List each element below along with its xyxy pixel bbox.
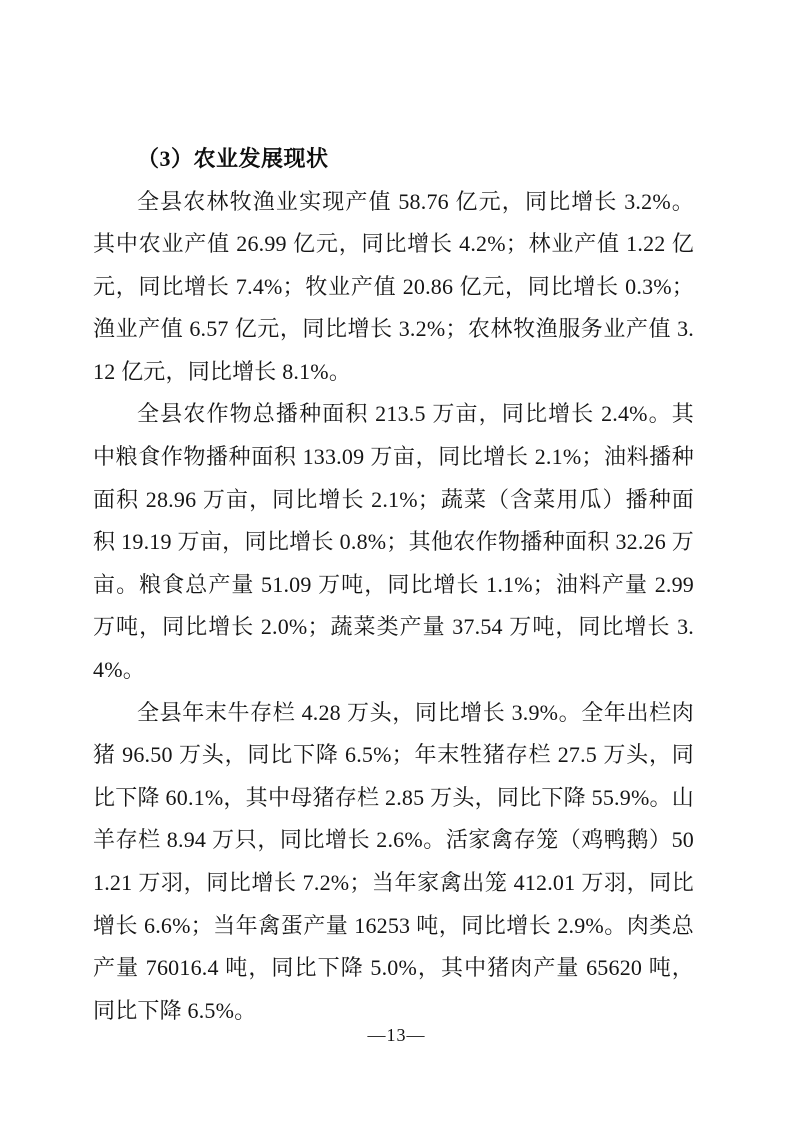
document-body: （3）农业发展现状 全县农林牧渔业实现产值 58.76 亿元，同比增长 3.2%…	[93, 138, 694, 1032]
paragraph-sown-area: 全县农作物总播种面积 213.5 万亩，同比增长 2.4%。其中粮食作物播种面积…	[93, 393, 694, 691]
document-page: （3）农业发展现状 全县农林牧渔业实现产值 58.76 亿元，同比增长 3.2%…	[0, 0, 793, 1122]
section-heading: （3）农业发展现状	[93, 138, 694, 181]
paragraph-livestock: 全县年末牛存栏 4.28 万头，同比增长 3.9%。全年出栏肉猪 96.50 万…	[93, 692, 694, 1033]
page-number: —13—	[0, 1022, 793, 1048]
paragraph-output-value: 全县农林牧渔业实现产值 58.76 亿元，同比增长 3.2%。其中农业产值 26…	[93, 181, 694, 394]
